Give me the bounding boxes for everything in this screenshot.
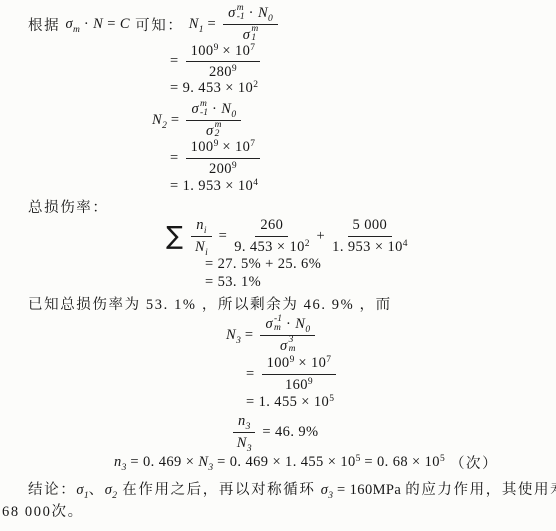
- math-symbol: σm-1: [228, 5, 244, 21]
- symbol-base: σ: [228, 5, 236, 21]
- symbol-base: 10: [289, 239, 304, 255]
- math-symbol: 1609: [285, 377, 313, 393]
- text-run: =: [103, 16, 120, 33]
- symbol-base: 100: [191, 43, 214, 59]
- fraction: 1009 × 1072809: [186, 42, 260, 81]
- text-run: ×: [218, 139, 235, 155]
- math-symbol: N3: [198, 454, 213, 471]
- symbol-base: N: [295, 316, 305, 332]
- fraction-numerator: 1009 × 107: [262, 354, 336, 374]
- math-symbol: σ1: [76, 482, 88, 498]
- symbol-base: 10: [340, 454, 355, 470]
- remaining-statement: 已知总损伤率为 53. 1% ，所以剩余为 46. 9% ，而: [28, 294, 392, 312]
- math-symbol: N0: [295, 316, 310, 332]
- symbol-base: 100: [191, 139, 214, 155]
- math-symbol: 105: [425, 454, 445, 471]
- subscript: 2: [112, 491, 117, 501]
- symbol-base: 10: [387, 239, 402, 255]
- text-run: 的应力作用，其使用寿命为: [405, 482, 556, 498]
- math-symbol: 1009: [267, 355, 295, 371]
- math-symbol: σ2: [105, 482, 117, 498]
- math-symbol: 102: [238, 80, 258, 97]
- math-symbol: σm2: [206, 123, 221, 139]
- superscript: 9: [214, 139, 219, 149]
- text-run: = 27. 5% + 25. 6%: [205, 256, 321, 273]
- damage-total: = 53. 1%: [205, 274, 261, 291]
- fraction: 1009 × 1072009: [186, 138, 260, 177]
- text-run: ×: [294, 355, 311, 371]
- symbol-base: 280: [209, 64, 232, 80]
- text-run: =: [204, 16, 221, 33]
- text-run: 已知总损伤率为 53. 1% ，所以剩余为 46. 9% ，而: [28, 293, 392, 314]
- symbol-scripts: m1: [251, 25, 258, 43]
- text-run: 1. 953 ×: [332, 239, 387, 255]
- symbol-base: N: [226, 327, 236, 343]
- superscript: 9: [290, 355, 295, 365]
- text-run: = 0. 68 ×: [360, 454, 424, 471]
- equation-n1-substitution: = 1009 × 1072809: [170, 44, 263, 79]
- symbol-base: 10: [314, 394, 329, 410]
- symbol-base: 10: [238, 178, 253, 194]
- superscript: 9: [232, 64, 237, 74]
- fraction-numerator: ni: [191, 216, 211, 236]
- summation-symbol: ∑: [166, 223, 183, 248]
- symbol-base: N: [237, 435, 247, 451]
- math-symbol: σm: [65, 16, 79, 33]
- fraction-denominator: 9. 453 × 102: [234, 237, 309, 256]
- fraction-denominator: σm2: [206, 121, 221, 141]
- subscript: 0: [268, 14, 273, 24]
- text-run: 5 000: [353, 217, 388, 233]
- symbol-base: 10: [238, 80, 253, 96]
- superscript: 2: [253, 80, 258, 90]
- fraction: σm-1 · N0σm1: [223, 4, 278, 44]
- subscript: 3: [328, 491, 333, 501]
- text-run: =: [241, 327, 258, 344]
- equation-n3-definition: N3 = σ-1m · N0σ3m: [226, 314, 318, 356]
- conclusion-line-1: 结论：σ1、σ2 在作用之后，再以对称循环 σ3 = 160MPa 的应力作用，…: [28, 478, 556, 499]
- superscript: 4: [403, 239, 408, 249]
- fraction: 1009 × 1071609: [262, 354, 336, 393]
- symbol-scripts: m-1: [200, 100, 208, 118]
- math-symbol: N1: [189, 16, 204, 33]
- subscript: -1: [200, 109, 208, 118]
- text-run: 在作用之后，再以对称循环: [117, 482, 321, 498]
- subscript: 3: [246, 422, 251, 432]
- math-variable: N: [93, 16, 103, 33]
- fraction-denominator: σ3m: [280, 336, 295, 356]
- subscript: 3: [236, 336, 241, 346]
- superscript: 9: [308, 377, 313, 387]
- symbol-base: 10: [425, 454, 440, 470]
- math-symbol: σ-1m: [265, 316, 281, 332]
- superscript: 7: [326, 355, 331, 365]
- superscript: 5: [440, 454, 445, 464]
- subscript: 0: [305, 325, 310, 335]
- symbol-base: n: [114, 454, 122, 470]
- fraction-numerator: σm-1 · N0: [186, 100, 241, 121]
- symbol-base: 10: [235, 139, 250, 155]
- superscript: 9: [214, 43, 219, 53]
- math-symbol: 2809: [209, 64, 237, 80]
- fraction-numerator: σ-1m · N0: [260, 315, 315, 336]
- math-symbol: N3: [237, 435, 252, 451]
- math-symbol: Ni: [195, 239, 208, 255]
- symbol-base: σ: [206, 123, 214, 139]
- fraction-denominator: N3: [237, 433, 252, 452]
- symbol-base: n: [196, 217, 204, 233]
- fraction: σ-1m · N0σ3m: [260, 315, 315, 355]
- math-symbol: N2: [152, 112, 167, 129]
- math-symbol: 107: [235, 139, 255, 155]
- text-run: 260: [260, 217, 283, 233]
- math-symbol: σm-1: [191, 101, 207, 117]
- scanned-document-page: 根据 σm · N = C 可知： N1 = σm-1 · N0σm1 = 10…: [0, 0, 556, 531]
- text-run: =: [170, 53, 183, 70]
- fraction: 5 0001. 953 × 104: [332, 216, 407, 255]
- symbol-base: N: [152, 112, 162, 128]
- math-symbol: 1009: [191, 43, 219, 59]
- text-run: = 9. 453 ×: [170, 80, 238, 97]
- symbol-base: σ: [280, 338, 288, 354]
- damage-percent-sum: = 27. 5% + 25. 6%: [205, 256, 321, 273]
- math-symbol: ni: [196, 217, 206, 233]
- math-symbol: n3: [238, 413, 250, 429]
- symbol-scripts: m-1: [237, 4, 245, 22]
- math-symbol: 1009: [191, 139, 219, 155]
- equation-n2-substitution: = 1009 × 1072009: [170, 140, 263, 176]
- total-damage-label: 总损伤率：: [28, 198, 109, 215]
- symbol-base: σ: [65, 16, 73, 32]
- fraction: 2609. 453 × 102: [234, 216, 309, 255]
- equation-n2-result: = 1. 953 × 104: [170, 177, 258, 196]
- symbol-base: N: [258, 5, 268, 21]
- fraction-denominator: 1. 953 × 104: [332, 237, 407, 256]
- text-run: （次）: [445, 452, 499, 473]
- text-run: ·: [245, 5, 258, 21]
- math-symbol: σ3m: [280, 338, 295, 354]
- conclusion-line-2: 68 000次。: [2, 500, 84, 521]
- symbol-base: 100: [267, 355, 290, 371]
- math-symbol: 2009: [209, 161, 237, 177]
- fraction-numerator: σm-1 · N0: [223, 4, 278, 25]
- math-symbol: σm1: [243, 27, 258, 43]
- symbol-base: N: [198, 454, 208, 470]
- subscript: -1: [237, 13, 245, 22]
- math-symbol: N0: [221, 101, 236, 117]
- symbol-base: N: [189, 16, 199, 32]
- superscript: 5: [356, 454, 361, 464]
- subscript: i: [204, 226, 207, 236]
- fraction-denominator: 1609: [285, 375, 313, 394]
- fraction-denominator: Ni: [195, 237, 208, 256]
- text-run: = 53. 1%: [205, 274, 261, 291]
- math-symbol: 104: [387, 239, 407, 255]
- text-run: 结论：: [28, 482, 76, 498]
- subscript: 1: [199, 25, 204, 35]
- text-run: = 160MPa: [333, 482, 405, 498]
- symbol-base: 10: [235, 43, 250, 59]
- symbol-scripts: 3m: [289, 336, 296, 354]
- superscript: 7: [250, 43, 255, 53]
- text-run: = 1. 953 ×: [170, 178, 238, 195]
- symbol-base: N: [195, 239, 205, 255]
- symbol-base: 200: [209, 161, 232, 177]
- math-variable: C: [120, 16, 130, 33]
- text-run: ·: [282, 316, 295, 332]
- math-symbol: 102: [289, 239, 309, 255]
- n3-ratio-equation: n3N3 = 46. 9%: [230, 413, 319, 451]
- n3-life-calculation: n3 = 0. 469 × N3 = 0. 469 × 1. 455 × 105…: [114, 452, 498, 473]
- fraction-numerator: 5 000: [348, 216, 393, 236]
- text-run: 68 000次。: [2, 504, 84, 520]
- math-symbol: 107: [235, 43, 255, 59]
- subscript: 2: [162, 121, 167, 131]
- text-run: 可知：: [130, 14, 189, 35]
- symbol-base: 160: [285, 377, 308, 393]
- subscript: 1: [84, 491, 89, 501]
- equation-n1-given: 根据 σm · N = C 可知： N1 = σm-1 · N0σm1: [28, 4, 281, 44]
- subscript: 0: [231, 110, 236, 120]
- fraction-numerator: 1009 × 107: [186, 138, 260, 158]
- text-run: ·: [80, 16, 93, 33]
- subscript: 3: [122, 463, 127, 473]
- math-symbol: 105: [314, 394, 334, 411]
- math-symbol: N0: [258, 5, 273, 21]
- text-run: 9. 453 ×: [234, 239, 289, 255]
- math-symbol: N3: [226, 327, 241, 344]
- superscript: 2: [305, 239, 310, 249]
- text-run: ×: [218, 43, 235, 59]
- equation-n3-result: = 1. 455 × 105: [246, 392, 334, 412]
- subscript: m: [73, 25, 80, 35]
- superscript: 9: [232, 161, 237, 171]
- superscript: 7: [250, 139, 255, 149]
- text-run: +: [313, 228, 330, 245]
- text-run: = 0. 469 ×: [126, 454, 198, 471]
- fraction-numerator: n3: [233, 412, 255, 432]
- superscript: 4: [253, 178, 258, 188]
- text-run: =: [246, 366, 259, 383]
- fraction: n3N3: [233, 412, 255, 451]
- equation-n1-result: = 9. 453 × 102: [170, 79, 258, 97]
- math-symbol: σ3: [321, 482, 333, 498]
- text-run: = 1. 455 ×: [246, 394, 314, 411]
- math-symbol: 105: [340, 454, 360, 471]
- fraction-denominator: 2009: [209, 159, 237, 178]
- symbol-base: σ: [191, 101, 199, 117]
- fraction: niNi: [191, 216, 211, 255]
- symbol-base: N: [221, 101, 231, 117]
- math-symbol: n3: [114, 454, 126, 471]
- equation-n2-definition: N2 = σm-1 · N0σm2: [152, 100, 244, 140]
- subscript: m: [274, 324, 282, 333]
- symbol-base: σ: [265, 316, 273, 332]
- symbol-scripts: m2: [215, 121, 222, 139]
- text-run: 、: [89, 482, 105, 498]
- text-run: 根据: [28, 14, 65, 35]
- symbol-base: n: [238, 413, 246, 429]
- superscript: 5: [329, 394, 334, 404]
- subscript: 3: [208, 463, 213, 473]
- equation-n3-substitution: = 1009 × 1071609: [246, 355, 339, 393]
- text-run: =: [170, 150, 183, 167]
- subscript: m: [289, 345, 296, 354]
- text-run: 总损伤率：: [28, 196, 109, 217]
- fraction: σm-1 · N0σm2: [186, 100, 241, 140]
- symbol-base: σ: [76, 482, 84, 498]
- fraction-numerator: 260: [255, 216, 288, 236]
- text-run: =: [215, 228, 232, 245]
- fraction-numerator: 1009 × 107: [186, 42, 260, 62]
- text-run: = 0. 469 × 1. 455 ×: [213, 454, 340, 471]
- symbol-base: 10: [311, 355, 326, 371]
- symbol-scripts: -1m: [274, 315, 282, 333]
- symbol-base: σ: [243, 27, 251, 43]
- damage-sum-equation: ∑niNi = 2609. 453 × 102 + 5 0001. 953 × …: [166, 217, 411, 255]
- text-run: ·: [208, 101, 221, 117]
- math-symbol: 104: [238, 178, 258, 195]
- text-run: =: [167, 112, 184, 129]
- math-symbol: 107: [311, 355, 331, 371]
- text-run: = 46. 9%: [258, 424, 318, 441]
